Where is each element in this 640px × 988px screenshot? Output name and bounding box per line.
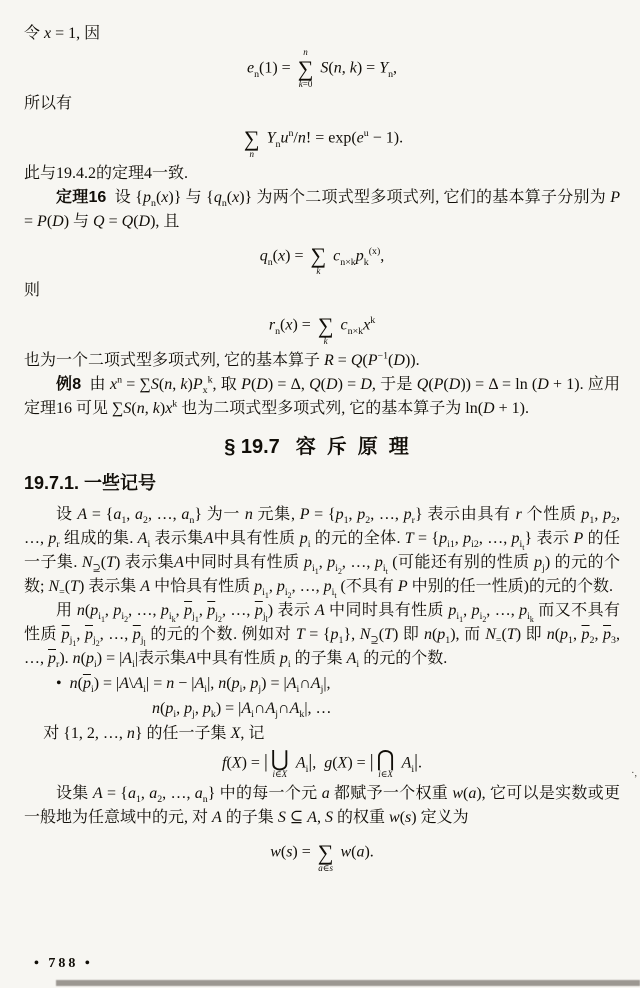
line-also-binomial-type: 也为一个二项式型多项式列, 它的基本算子 R = Q(P−1(D)). [24,349,620,373]
formula-exp-generating-function: ∑n Ynun/n! = exp(eu − 1). [24,118,620,160]
paragraph-notation-2: 用 n(pi1, pi2, …, pik, pj1, pj2, …, pjl) … [24,599,620,671]
paragraph-notation-1: 设 A = {a1, a2, …, an} 为一 n 元集, P = {p1, … [24,503,620,599]
page-number: • 788 • [34,952,93,976]
formula-f-g-union-intersection: f(X) = |⋃i∈X Ai|, g(X) = |⋂i∈X Ai|. [24,748,620,780]
formula-complement-count: • n(pi) = |A\Ai| = n − |Ai|, n(pi, pj) =… [56,672,620,696]
line-then: 则 [24,279,620,303]
formula-qn: qn(x) = ∑k cn×kpk(x), [24,236,620,278]
section-heading: § 19.7容斥原理 [24,433,620,461]
line-consistency: 此与19.4.2的定理4一致. [24,162,620,186]
section-number: § 19.7 [224,436,280,458]
paragraph-example8: 例8 由 xn = ∑S(n, k)Pxk, 取 P(D) = Δ, Q(D) … [24,373,620,421]
paragraph-weight-definition: 设集 A = {a1, a2, …, an} 中的每一个元 a 都赋予一个权重 … [24,782,620,830]
paragraph-theorem16: 定理16 设 {pn(x)} 与 {qn(x)} 为两个二项式型多项式列, 它们… [24,186,620,234]
intro-line: 令 x = 1, 因 [24,22,620,46]
formula-triple-intersection: n(pi, pj, pk) = |Ai∩Aj∩Ak|, … [152,697,620,721]
line-therefore: 所以有 [24,92,620,116]
scan-edge-artifact [56,980,640,986]
scan-speck: ·, [631,762,637,786]
formula-weight-sum: w(s) = ∑a∈s w(a). [24,832,620,874]
subsection-heading: 19.7.1. 一些记号 [24,471,620,495]
section-title-text: 容斥原理 [296,436,420,458]
formula-bell-number: en(1) = n∑k=0 S(n, k) = Yn, [24,48,620,90]
scanned-book-page: 令 x = 1, 因 en(1) = n∑k=0 S(n, k) = Yn, 所… [0,0,640,988]
formula-rn: rn(x) = ∑k cn×kxk [24,305,620,347]
line-for-any-subset-x: 对 {1, 2, …, n} 的任一子集 X, 记 [24,722,620,746]
